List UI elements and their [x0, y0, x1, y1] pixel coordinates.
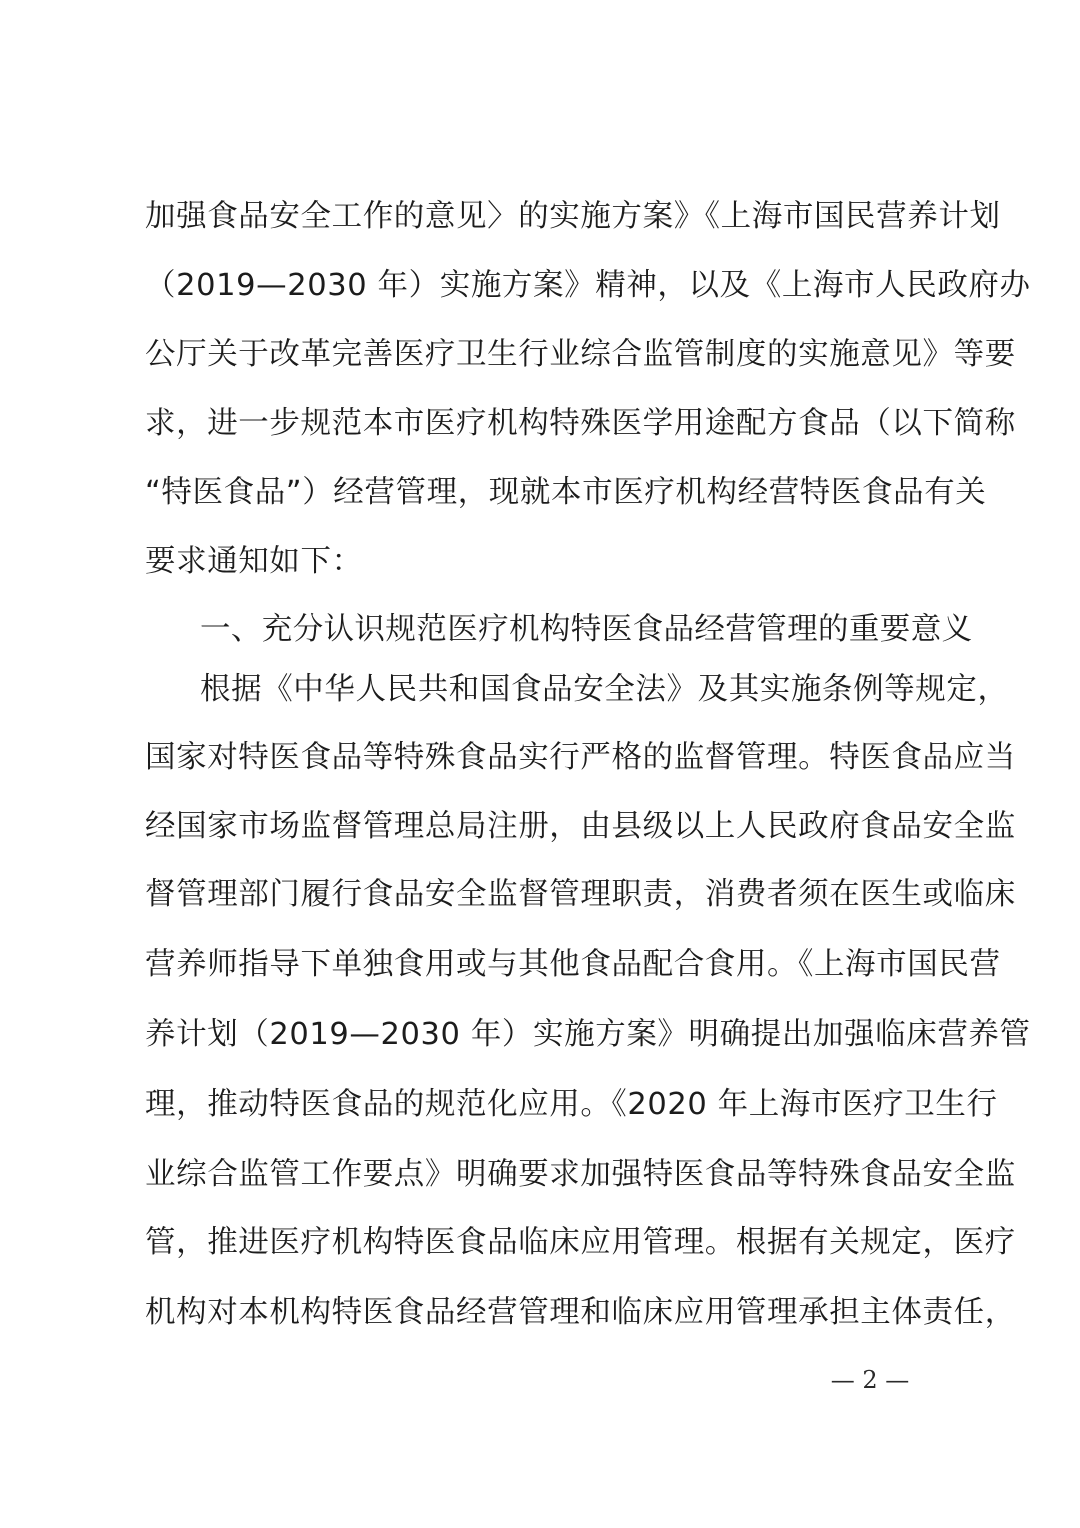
paragraph-first-line: 根据《中华人民共和国食品安全法》及其实施条例等规定，: [200, 670, 945, 710]
body-text-line: 经国家市场监督管理总局注册，由县级以上人民政府食品安全监: [145, 807, 945, 847]
body-text-line: （2019—2030 年）实施方案》精神，以及《上海市人民政府办: [145, 266, 945, 306]
body-text-line: 公厅关于改革完善医疗卫生行业综合监管制度的实施意见》等要: [145, 335, 945, 375]
body-text-line: 加强食品安全工作的意见〉的实施方案》《上海市国民营养计划: [145, 197, 945, 237]
body-text-line: “特医食品”）经营管理，现就本市医疗机构经营特医食品有关: [145, 473, 945, 513]
body-text-line: 国家对特医食品等特殊食品实行严格的监督管理。特医食品应当: [145, 738, 945, 778]
section-heading: 一、充分认识规范医疗机构特医食品经营管理的重要意义: [200, 610, 945, 650]
body-text-line: 管，推进医疗机构特医食品临床应用管理。根据有关规定，医疗: [145, 1223, 945, 1263]
body-text-line: 养计划（2019—2030 年）实施方案》明确提出加强临床营养管: [145, 1015, 945, 1055]
document-page: 加强食品安全工作的意见〉的实施方案》《上海市国民营养计划 （2019—2030 …: [0, 0, 1080, 1528]
body-text-line: 要求通知如下：: [145, 542, 945, 582]
body-text-line: 求，进一步规范本市医疗机构特殊医学用途配方食品（以下简称: [145, 404, 945, 444]
body-text-line: 机构对本机构特医食品经营管理和临床应用管理承担主体责任，: [145, 1293, 945, 1333]
body-text-line: 业综合监管工作要点》明确要求加强特医食品等特殊食品安全监: [145, 1155, 945, 1195]
page-number: — 2 —: [820, 1362, 920, 1398]
body-text-line: 营养师指导下单独食用或与其他食品配合食用。《上海市国民营: [145, 945, 945, 985]
body-text-line: 督管理部门履行食品安全监督管理职责，消费者须在医生或临床: [145, 875, 945, 915]
body-text-line: 理，推动特医食品的规范化应用。《2020 年上海市医疗卫生行: [145, 1085, 945, 1125]
